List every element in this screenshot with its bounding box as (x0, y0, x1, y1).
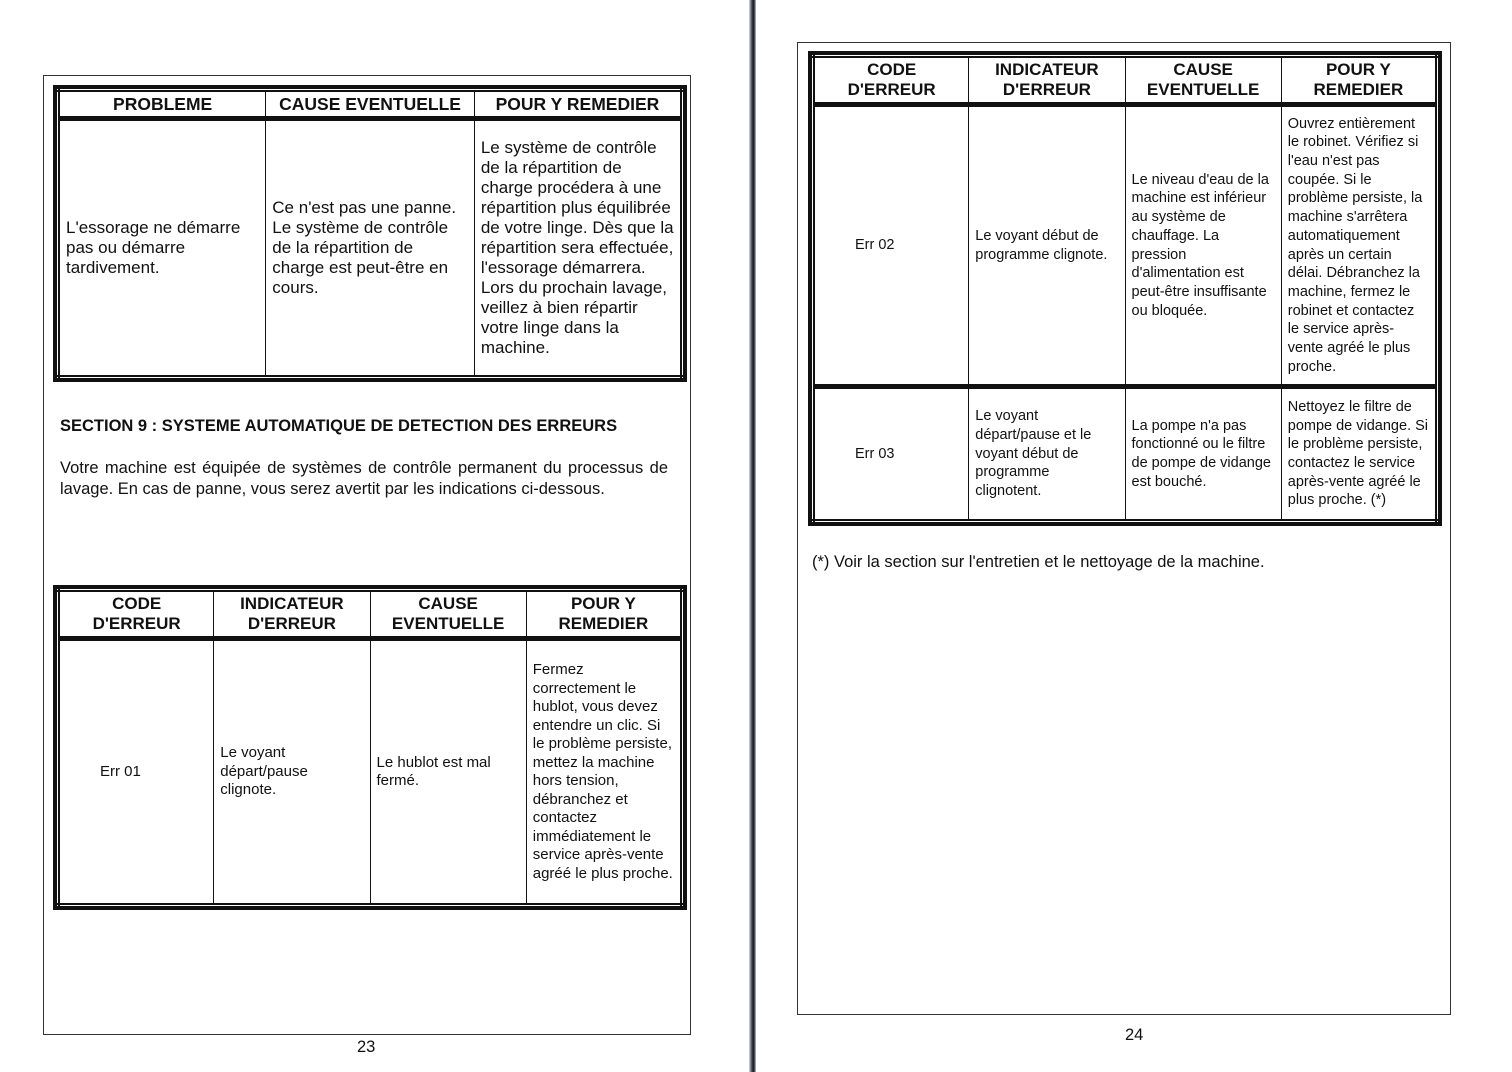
cell-cause: La pompe n'a pas fonctionné ou le filtre… (1125, 387, 1281, 522)
intro-paragraph: Votre machine est équipée de systèmes de… (60, 458, 668, 500)
table-row: Err 01 Le voyant départ/pause clignote. … (58, 639, 683, 906)
cell-remede: Fermez correctement le hublot, vous deve… (526, 639, 682, 906)
table-row: Err 02 Le voyant début de programme clig… (813, 105, 1438, 387)
section-title: SECTION 9 : SYSTEME AUTOMATIQUE DE DETEC… (60, 417, 617, 436)
header-code: CODE D'ERREUR (58, 590, 214, 639)
cell-code: Err 03 (813, 387, 969, 522)
cell-cause: Le hublot est mal fermé. (370, 639, 526, 906)
header-cause: CAUSE EVENTUELLE (266, 90, 475, 119)
table-row: L'essorage ne démarre pas ou démarre tar… (58, 119, 683, 378)
cell-indicateur: Le voyant départ/pause clignote. (214, 639, 370, 906)
cell-probleme: L'essorage ne démarre pas ou démarre tar… (58, 119, 266, 378)
cell-code: Err 01 (58, 639, 214, 906)
header-remede: POUR Y REMEDIER (474, 90, 682, 119)
footnote: (*) Voir la section sur l'entretien et l… (812, 553, 1265, 572)
header-probleme: PROBLEME (58, 90, 266, 119)
table-row: Err 03 Le voyant départ/pause et le voya… (813, 387, 1438, 522)
header-code: CODE D'ERREUR (813, 56, 969, 105)
cell-cause: Le niveau d'eau de la machine est inféri… (1125, 105, 1281, 387)
book-spine (749, 0, 756, 1072)
header-cause: CAUSE EVENTUELLE (370, 590, 526, 639)
cell-remede: Le système de contrôle de la répartition… (474, 119, 682, 378)
cell-cause: Ce n'est pas une panne. Le système de co… (266, 119, 475, 378)
header-cause: CAUSE EVENTUELLE (1125, 56, 1281, 105)
troubleshooting-table: PROBLEME CAUSE EVENTUELLE POUR Y REMEDIE… (55, 87, 685, 380)
header-indicateur: INDICATEUR D'ERREUR (969, 56, 1125, 105)
cell-indicateur: Le voyant départ/pause et le voyant débu… (969, 387, 1125, 522)
header-indicateur: INDICATEUR D'ERREUR (214, 590, 370, 639)
page-number: 23 (357, 1038, 375, 1057)
cell-remede: Nettoyez le filtre de pompe de vidange. … (1281, 387, 1437, 522)
page-number: 24 (1125, 1026, 1143, 1045)
header-remede: POUR Y REMEDIER (526, 590, 682, 639)
cell-remede: Ouvrez entièrement le robinet. Vérifiez … (1281, 105, 1437, 387)
cell-code: Err 02 (813, 105, 969, 387)
error-code-table: CODE D'ERREUR INDICATEUR D'ERREUR CAUSE … (55, 587, 685, 908)
cell-indicateur: Le voyant début de programme clignote. (969, 105, 1125, 387)
header-remede: POUR Y REMEDIER (1281, 56, 1437, 105)
error-code-table: CODE D'ERREUR INDICATEUR D'ERREUR CAUSE … (810, 53, 1440, 524)
